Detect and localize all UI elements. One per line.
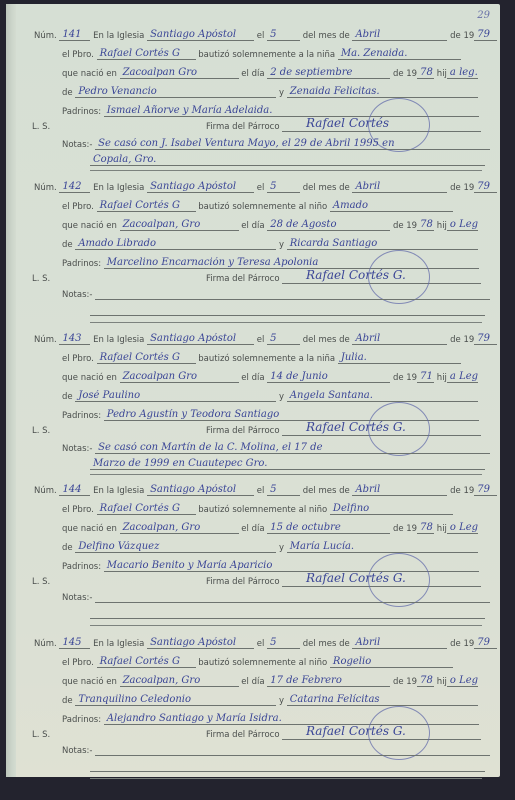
label-signature: Firma del Párroco	[206, 426, 282, 436]
label-notes: Notas:-	[62, 290, 95, 300]
priest-name: Rafael Cortés G	[97, 352, 196, 364]
baptism-day: 5	[267, 333, 300, 345]
ls-label: L. S.	[32, 274, 50, 284]
entry-line: Marzo de 1999 en Cuautepec Gro.	[90, 458, 485, 471]
entry-line: que nació en Zacoalpan Gro el día 2 de s…	[62, 67, 478, 80]
notes-line-2	[90, 315, 485, 316]
label-baptized: bautizó solemnemente a la niña	[196, 50, 338, 60]
label-year: de 19	[447, 335, 474, 345]
birth-year: 78	[417, 67, 434, 79]
label-birth-year: de 19	[390, 524, 417, 534]
birth-date: 28 de Agosto	[267, 219, 390, 231]
legitimacy: o Leg.	[447, 675, 478, 687]
label-child-of: hij	[434, 677, 447, 687]
baptism-month: Abril	[352, 484, 447, 496]
label-month: del mes de	[300, 335, 352, 345]
label-priest: el Pbro.	[62, 354, 97, 364]
entry-line	[90, 762, 485, 775]
entry-line	[90, 306, 485, 319]
label-priest: el Pbro.	[62, 50, 97, 60]
notes-rule	[90, 170, 482, 171]
ls-label: L. S.	[32, 426, 50, 436]
label-and: y	[276, 543, 286, 553]
baptism-year: 79	[474, 29, 497, 41]
label-and: y	[276, 696, 286, 706]
label-day: el día	[239, 373, 268, 383]
label-godparents: Padrinos:	[62, 259, 104, 269]
label-month: del mes de	[300, 639, 352, 649]
label-born-in: que nació en	[62, 524, 120, 534]
church-name: Santiago Apóstol	[147, 29, 254, 41]
label-and: y	[276, 240, 286, 250]
baptism-year: 79	[474, 637, 497, 649]
label-baptized: bautizó solemnemente a la niña	[196, 354, 338, 364]
notes-line-2	[90, 618, 485, 619]
birth-year: 78	[417, 522, 434, 534]
label-el: el	[254, 335, 267, 345]
baptism-day: 5	[267, 637, 300, 649]
baptism-year: 79	[474, 484, 497, 496]
label-and: y	[276, 88, 286, 98]
entry-line: de José Paulino y Angela Santana.	[62, 390, 478, 403]
label-church: En la Iglesia	[90, 639, 147, 649]
label-num: Núm.	[34, 639, 59, 649]
entry-line: de Tranquilino Celedonio y Catarina Felí…	[62, 694, 478, 707]
label-notes: Notas:-	[62, 444, 95, 454]
child-name: Julia.	[338, 352, 461, 364]
ls-label: L. S.	[32, 730, 50, 740]
baptism-month: Abril	[352, 181, 447, 193]
page-number: 29	[477, 10, 490, 21]
child-name: Delfino	[330, 503, 453, 515]
child-name: Ma. Zenaida.	[338, 48, 461, 60]
child-name: Amado	[330, 200, 453, 212]
label-num: Núm.	[34, 335, 59, 345]
birth-date: 15 de octubre	[267, 522, 390, 534]
church-name: Santiago Apóstol	[147, 181, 254, 193]
legitimacy: o Leg.	[447, 522, 478, 534]
label-godparents: Padrinos:	[62, 562, 104, 572]
label-child-of: hij	[434, 524, 447, 534]
priest-name: Rafael Cortés G	[97, 656, 196, 668]
entry-line: Copala, Gro.	[90, 154, 485, 167]
label-birth-year: de 19	[390, 373, 417, 383]
birthplace: Zacoalpan Gro	[120, 67, 239, 79]
label-day: el día	[239, 221, 268, 231]
child-name: Rogelio	[330, 656, 453, 668]
notes-line-1: Se casó con Martín de la C. Molina, el 1…	[95, 442, 490, 454]
baptism-day: 5	[267, 484, 300, 496]
label-el: el	[254, 486, 267, 496]
father-name: Pedro Venancio	[75, 86, 276, 98]
label-baptized: bautizó solemnemente al niño	[196, 202, 330, 212]
entry-line: el Pbro. Rafael Cortés G bautizó solemne…	[62, 352, 461, 365]
label-signature: Firma del Párroco	[206, 274, 282, 284]
label-born-in: que nació en	[62, 69, 120, 79]
baptism-year: 79	[474, 181, 497, 193]
birth-year: 78	[417, 675, 434, 687]
birthplace: Zacoalpan Gro	[120, 371, 239, 383]
entry-line: el Pbro. Rafael Cortés G bautizó solemne…	[62, 48, 461, 61]
label-godparents: Padrinos:	[62, 715, 104, 725]
label-priest: el Pbro.	[62, 202, 97, 212]
label-of: de	[62, 543, 75, 553]
entry-line: que nació en Zacoalpan Gro el día 14 de …	[62, 371, 478, 384]
label-child-of: hij	[434, 221, 447, 231]
label-year: de 19	[447, 183, 474, 193]
notes-rule	[90, 778, 482, 779]
baptism-day: 5	[267, 29, 300, 41]
entry-line: Notas:- Se casó con Martín de la C. Moli…	[62, 442, 490, 455]
father-name: Delfino Vázquez	[75, 541, 276, 553]
entry-line: que nació en Zacoalpan, Gro el día 15 de…	[62, 522, 478, 535]
legitimacy: a Leg.	[447, 371, 478, 383]
label-baptized: bautizó solemnemente al niño	[196, 505, 330, 515]
church-name: Santiago Apóstol	[147, 637, 254, 649]
priest-name: Rafael Cortés G	[97, 48, 196, 60]
mother-name: Zenaida Felicitas.	[287, 86, 478, 98]
notes-line-1: Se casó con J. Isabel Ventura Mayo, el 2…	[95, 138, 490, 150]
entry-line: Notas:-	[62, 746, 490, 759]
entry-line: que nació en Zacoalpan, Gro el día 17 de…	[62, 675, 478, 688]
entry-line: Notas:-	[62, 290, 490, 303]
label-born-in: que nació en	[62, 221, 120, 231]
church-name: Santiago Apóstol	[147, 333, 254, 345]
label-born-in: que nació en	[62, 373, 120, 383]
entry-line: el Pbro. Rafael Cortés G bautizó solemne…	[62, 503, 453, 516]
label-signature: Firma del Párroco	[206, 122, 282, 132]
church-name: Santiago Apóstol	[147, 484, 254, 496]
entry-line: de Delfino Vázquez y María Lucía.	[62, 541, 478, 554]
label-godparents: Padrinos:	[62, 107, 104, 117]
label-church: En la Iglesia	[90, 31, 147, 41]
label-num: Núm.	[34, 183, 59, 193]
label-day: el día	[239, 69, 268, 79]
label-el: el	[254, 639, 267, 649]
entry-line	[90, 609, 485, 622]
birthplace: Zacoalpan, Gro	[120, 675, 239, 687]
entry-line: el Pbro. Rafael Cortés G bautizó solemne…	[62, 656, 453, 669]
notes-line-1	[95, 755, 490, 756]
label-month: del mes de	[300, 31, 352, 41]
entry-number: 141	[59, 29, 90, 41]
entry-number: 145	[59, 637, 90, 649]
father-name: Amado Librado	[75, 238, 276, 250]
label-of: de	[62, 240, 75, 250]
notes-rule	[90, 474, 482, 475]
label-birth-year: de 19	[390, 221, 417, 231]
label-birth-year: de 19	[390, 677, 417, 687]
legitimacy: a leg.	[447, 67, 478, 79]
baptism-month: Abril	[352, 333, 447, 345]
entry-line: de Amado Librado y Ricarda Santiago	[62, 238, 478, 251]
notes-line-2: Copala, Gro.	[90, 154, 485, 166]
label-year: de 19	[447, 486, 474, 496]
notes-line-2: Marzo de 1999 en Cuautepec Gro.	[90, 458, 485, 470]
entry-line: Núm. 142 En la Iglesia Santiago Apóstol …	[34, 181, 497, 194]
priest-name: Rafael Cortés G	[97, 200, 196, 212]
label-church: En la Iglesia	[90, 486, 147, 496]
ls-label: L. S.	[32, 122, 50, 132]
label-priest: el Pbro.	[62, 505, 97, 515]
father-name: José Paulino	[75, 390, 276, 402]
birth-year: 78	[417, 219, 434, 231]
birthplace: Zacoalpan, Gro	[120, 219, 239, 231]
birthplace: Zacoalpan, Gro	[120, 522, 239, 534]
label-signature: Firma del Párroco	[206, 730, 282, 740]
entry-line: Núm. 143 En la Iglesia Santiago Apóstol …	[34, 333, 497, 346]
birth-date: 17 de Febrero	[267, 675, 390, 687]
birth-date: 2 de septiembre	[267, 67, 390, 79]
label-month: del mes de	[300, 183, 352, 193]
mother-name: Catarina Felícitas	[287, 694, 478, 706]
legitimacy: o Leg.	[447, 219, 478, 231]
label-birth-year: de 19	[390, 69, 417, 79]
label-of: de	[62, 392, 75, 402]
label-el: el	[254, 183, 267, 193]
entry-number: 142	[59, 181, 90, 193]
label-month: del mes de	[300, 486, 352, 496]
label-of: de	[62, 88, 75, 98]
father-name: Tranquilino Celedonio	[75, 694, 276, 706]
label-num: Núm.	[34, 486, 59, 496]
entry-line: Notas:-	[62, 593, 490, 606]
label-year: de 19	[447, 639, 474, 649]
label-day: el día	[239, 524, 268, 534]
notes-line-2	[90, 771, 485, 772]
mother-name: Ricarda Santiago	[287, 238, 478, 250]
label-church: En la Iglesia	[90, 183, 147, 193]
priest-name: Rafael Cortés G	[97, 503, 196, 515]
baptism-day: 5	[267, 181, 300, 193]
label-baptized: bautizó solemnemente al niño	[196, 658, 330, 668]
entry-line: Núm. 144 En la Iglesia Santiago Apóstol …	[34, 484, 497, 497]
label-of: de	[62, 696, 75, 706]
entry-line: Núm. 145 En la Iglesia Santiago Apóstol …	[34, 637, 497, 650]
ls-label: L. S.	[32, 577, 50, 587]
mother-name: Angela Santana.	[287, 390, 478, 402]
entry-line: Notas:- Se casó con J. Isabel Ventura Ma…	[62, 138, 490, 151]
mother-name: María Lucía.	[287, 541, 478, 553]
label-and: y	[276, 392, 286, 402]
baptism-month: Abril	[352, 637, 447, 649]
birth-date: 14 de Junio	[267, 371, 390, 383]
entry-line: el Pbro. Rafael Cortés G bautizó solemne…	[62, 200, 453, 213]
entry-line: de Pedro Venancio y Zenaida Felicitas.	[62, 86, 478, 99]
label-child-of: hij	[434, 69, 447, 79]
label-day: el día	[239, 677, 268, 687]
baptism-year: 79	[474, 333, 497, 345]
entry-line: Núm. 141 En la Iglesia Santiago Apóstol …	[34, 29, 497, 42]
notes-line-1	[95, 299, 490, 300]
label-born-in: que nació en	[62, 677, 120, 687]
label-notes: Notas:-	[62, 140, 95, 150]
label-year: de 19	[447, 31, 474, 41]
notes-rule	[90, 625, 482, 626]
label-notes: Notas:-	[62, 593, 95, 603]
notes-line-1	[95, 602, 490, 603]
label-child-of: hij	[434, 373, 447, 383]
register-page: 29 Núm. 141 En la Iglesia Santiago Apóst…	[6, 4, 500, 777]
label-el: el	[254, 31, 267, 41]
label-signature: Firma del Párroco	[206, 577, 282, 587]
entry-number: 144	[59, 484, 90, 496]
book-binding	[6, 4, 16, 777]
label-church: En la Iglesia	[90, 335, 147, 345]
birth-year: 71	[417, 371, 434, 383]
entry-number: 143	[59, 333, 90, 345]
label-notes: Notas:-	[62, 746, 95, 756]
label-priest: el Pbro.	[62, 658, 97, 668]
notes-rule	[90, 322, 482, 323]
label-num: Núm.	[34, 31, 59, 41]
label-godparents: Padrinos:	[62, 411, 104, 421]
entry-line: que nació en Zacoalpan, Gro el día 28 de…	[62, 219, 478, 232]
baptism-month: Abril	[352, 29, 447, 41]
